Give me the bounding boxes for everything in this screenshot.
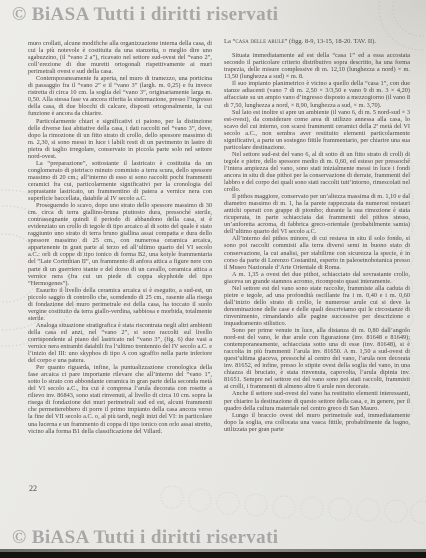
- paragraph: Esaurito il livello della ceramica arcai…: [28, 287, 212, 322]
- paragraph: Analoga situazione stratigrafica è stata…: [28, 322, 212, 364]
- paragraph: Nel settore sud-est del vano 6, al di so…: [224, 151, 410, 193]
- paragraph: Il pithos maggiore, conservato per un’al…: [224, 193, 410, 235]
- page-number: 22: [29, 484, 37, 493]
- paragraph: Sul lato est inoltre si apre un ambiente…: [224, 109, 410, 151]
- paragraph: Per quanto riguarda, infine, la puntuali…: [28, 364, 212, 434]
- heading-figure-refs: (figg. 8-9, 13-15, 18-20. TAV. II).: [287, 38, 376, 45]
- paragraph: muro crollati, alcune modifiche alla org…: [28, 40, 212, 75]
- paragraph: Contemporaneamente fu aperta, nel muro d…: [28, 75, 212, 117]
- paragraph: All’interno del pithos minore, di cui re…: [224, 235, 410, 270]
- paragraph: Sono per prime venute in luce, alla dist…: [224, 327, 410, 390]
- paragraph: A m. 1,35 a ovest dei due pithoi, schiac…: [224, 271, 410, 285]
- paragraph: Particolarmente chiari e significativi c…: [28, 118, 212, 160]
- paragraph: La “preparazione”, sottostante il lastri…: [28, 160, 212, 202]
- paragraph: Lungo il braccio ovest del muro perimetr…: [224, 412, 410, 433]
- scanned-page: { "watermarks": { "top": "© BiASA Tutti …: [0, 0, 426, 558]
- paragraph: Proseguendo lo scavo, dopo uno strato de…: [28, 202, 212, 287]
- paragraph: Situata immediatamente ad est della “cas…: [224, 52, 410, 80]
- left-text-column: muro crollati, alcune modifiche alla org…: [28, 40, 212, 474]
- right-text-column: La “casa delle arule” (figg. 8-9, 13-15,…: [224, 38, 410, 504]
- heading-title: “casa delle arule”: [232, 38, 287, 45]
- paragraph: Anche il settore sud-ovest del vano ha r…: [224, 390, 410, 411]
- paragraph: Il suo impianto planimetrico è vicino a …: [224, 80, 410, 108]
- paragraph: Nel settore est del vano sono state racc…: [224, 285, 410, 327]
- section-heading: La “casa delle arule” (figg. 8-9, 13-15,…: [224, 38, 410, 45]
- watermark-bottom: © BiASA Tutti i diritti riservati: [12, 527, 279, 549]
- watermark-top: © BiASA Tutti i diritti riservati: [12, 4, 279, 26]
- scan-black-band: [0, 552, 426, 558]
